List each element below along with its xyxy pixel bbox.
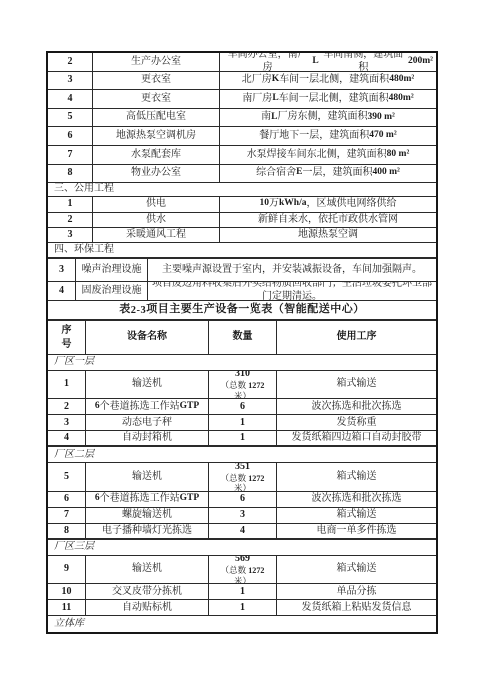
equipment-row: 8 电子播种墙灯光拣选 4 电商一单多件拣选 [48,524,436,540]
process-cell: 箱式输送 [277,371,436,399]
quantity-value: 351 [235,463,250,472]
quantity-cell: 6 [209,399,277,414]
column-header-number-label: 序号 [61,324,73,351]
row-number-cell: 4 [48,431,86,445]
group-header-row: 厂区二层 [48,447,436,463]
group-header-row: 厂区三层 [48,540,436,556]
process-cell: 波次拣选和批次拣选 [277,399,436,414]
section-title: 四、环保工程 [48,243,436,257]
quantity-cell: 3 [209,508,277,523]
group-header-row: 厂区一层 [48,355,436,371]
table-row: 1 供电 10 万 kWh/a，区域供电网络供给 [48,197,436,212]
row-number-cell: 7 [48,508,86,523]
table-row: 8 物业办公室 综合宿舍 E 一层，建筑面积 400 m² [48,165,436,184]
row-number-cell: 6 [48,127,93,145]
equipment-row: 4 自动封箱机 1 发货纸箱四边箱口自动封胶带 [48,431,436,447]
process-cell: 发货纸箱上粘贴发货信息 [277,600,436,615]
facility-name-cell: 生产办公室 [93,53,220,71]
device-name-cell: 6 个巷道拣选工作站 GTP [86,399,209,414]
row-number-cell: 5 [48,463,86,491]
column-header-process: 使用工序 [277,321,436,354]
facility-desc-cell: 南 L 厂房东侧，建筑面积 390 m² [220,109,436,127]
utility-name-cell: 供水 [93,213,220,227]
quantity-stack: 351 （总数 1272 米） [212,463,273,491]
column-header-device-name: 设备名称 [86,321,209,354]
section-title: 三、公用工程 [48,183,436,196]
device-name-cell: 输送机 [86,371,209,399]
row-number-cell: 5 [48,109,93,127]
equipment-row: 11 自动贴标机 1 发货纸箱上粘贴发货信息 [48,600,436,616]
table-row: 2 供水 新鲜自来水，依托市政供水管网 [48,213,436,228]
table-row: 3 采暖通风工程 地源热泵空调 [48,228,436,243]
process-cell: 箱式输送 [277,556,436,584]
group-label: 立体库 [48,616,436,632]
row-number-cell: 3 [48,72,93,90]
facility-desc-cell: 南厂房 L 车间一层北侧，建筑面积 480m² [220,90,436,108]
row-number-cell: 4 [48,90,93,108]
process-cell: 发货纸箱四边箱口自动封胶带 [277,431,436,445]
table-row: 6 地源热泵空调机房 餐厅地下一层，建筑面积 470 m² [48,127,436,146]
equipment-header-row: 序号 设备名称 数量 使用工序 [48,321,436,355]
env-desc-cell: 项目废边角料收集后外卖给物质回收部门；生活垃圾委托环卫部门定期清运。 [148,282,436,300]
group-label: 厂区二层 [48,447,436,462]
quantity-note: （总数 1272 米） [212,565,273,583]
process-cell: 发货称重 [277,415,436,430]
quantity-cell: 4 [209,524,277,538]
quantity-stack: 569 （总数 1272 米） [212,556,273,584]
section-header-row: 三、公用工程 [48,183,436,197]
env-desc-cell: 主要噪声源设置于室内，并安装减振设备，车间加强隔声。 [148,259,436,281]
facility-name-cell: 地源热泵空调机房 [93,127,220,145]
equipment-row: 2 6 个巷道拣选工作站 GTP 6 波次拣选和批次拣选 [48,399,436,415]
utility-name-cell: 采暖通风工程 [93,228,220,242]
device-name-cell: 输送机 [86,556,209,584]
table-row: 3 更衣室 北厂房 K 车间一层北侧，建筑面积 480m² [48,72,436,91]
section-header-row: 四、环保工程 [48,243,436,259]
equipment-row: 6 6 个巷道拣选工作站 GTP 6 波次拣选和批次拣选 [48,492,436,508]
row-number-cell: 1 [48,197,93,211]
row-number-cell: 2 [48,53,93,71]
utility-name-cell: 供电 [93,197,220,211]
equipment-row: 1 输送机 310 （总数 1272 米） 箱式输送 [48,371,436,400]
row-number-cell: 7 [48,146,93,164]
facility-desc-cell: 车间办公室，南厂房 L 车间南侧，建筑面积 200m² [220,53,436,71]
row-number-cell: 8 [48,165,93,183]
quantity-cell: 351 （总数 1272 米） [209,463,277,491]
table-row: 4 固废治理设施 项目废边角料收集后外卖给物质回收部门；生活垃圾委托环卫部门定期… [48,282,436,301]
quantity-cell: 310 （总数 1272 米） [209,371,277,399]
quantity-cell: 1 [209,415,277,430]
facility-name-cell: 物业办公室 [93,165,220,183]
table-title: 表 2-3 项目主要生产设备一览表（智能配送中心） [48,301,436,320]
env-facility-cell: 噪声治理设施 [76,259,148,281]
process-cell: 波次拣选和批次拣选 [277,492,436,507]
project-overview-table: 2 生产办公室 车间办公室，南厂房 L 车间南侧，建筑面积 200m² 3 更衣… [46,51,438,634]
device-name-cell: 自动贴标机 [86,600,209,615]
table-row: 5 高低压配电室 南 L 厂房东侧，建筑面积 390 m² [48,109,436,128]
quantity-cell: 1 [209,431,277,445]
equipment-row: 7 螺旋输送机 3 箱式输送 [48,508,436,524]
group-header-row: 立体库 [48,616,436,632]
row-number-cell: 2 [48,213,93,227]
group-label: 厂区一层 [48,355,436,370]
column-header-quantity: 数量 [209,321,277,354]
equipment-row: 10 交叉皮带分拣机 1 单品分拣 [48,584,436,600]
quantity-cell: 569 （总数 1272 米） [209,556,277,584]
device-name-cell: 交叉皮带分拣机 [86,584,209,599]
utility-desc-cell: 地源热泵空调 [220,228,436,242]
facility-desc-cell: 北厂房 K 车间一层北侧，建筑面积 480m² [220,72,436,90]
facility-desc-cell: 餐厅地下一层，建筑面积 470 m² [220,127,436,145]
utility-desc-cell: 10 万 kWh/a，区域供电网络供给 [220,197,436,211]
process-cell: 箱式输送 [277,463,436,491]
column-header-number: 序号 [48,321,86,354]
equipment-table-title-row: 表 2-3 项目主要生产设备一览表（智能配送中心） [48,301,436,322]
device-name-cell: 电子播种墙灯光拣选 [86,524,209,538]
device-name-cell: 6 个巷道拣选工作站 GTP [86,492,209,507]
group-label: 厂区三层 [48,540,436,555]
row-number-cell: 3 [48,415,86,430]
facility-desc-cell: 水泵焊接车间东北侧，建筑面积 80 m² [220,146,436,164]
quantity-note: （总数 1272 米） [212,473,273,491]
facility-name-cell: 更衣室 [93,90,220,108]
device-name-cell: 自动封箱机 [86,431,209,445]
equipment-row: 9 输送机 569 （总数 1272 米） 箱式输送 [48,556,436,585]
process-cell: 单品分拣 [277,584,436,599]
quantity-cell: 1 [209,584,277,599]
quantity-value: 310 [235,371,250,380]
row-number-cell: 8 [48,524,86,538]
row-number-cell: 3 [48,228,93,242]
row-number-cell: 1 [48,371,86,399]
utility-desc-cell: 新鲜自来水，依托市政供水管网 [220,213,436,227]
quantity-stack: 310 （总数 1272 米） [212,371,273,399]
document-page: 2 生产办公室 车间办公室，南厂房 L 车间南侧，建筑面积 200m² 3 更衣… [0,0,485,685]
table-row: 4 更衣室 南厂房 L 车间一层北侧，建筑面积 480m² [48,90,436,109]
process-cell: 箱式输送 [277,508,436,523]
quantity-cell: 1 [209,600,277,615]
row-number-cell: 2 [48,399,86,414]
table-row: 7 水泵配套库 水泵焊接车间东北侧，建筑面积 80 m² [48,146,436,165]
table-row: 3 噪声治理设施 主要噪声源设置于室内，并安装减振设备，车间加强隔声。 [48,259,436,282]
device-name-cell: 输送机 [86,463,209,491]
equipment-row: 3 动态电子秤 1 发货称重 [48,415,436,431]
device-name-cell: 螺旋输送机 [86,508,209,523]
row-number-cell: 11 [48,600,86,615]
facility-name-cell: 水泵配套库 [93,146,220,164]
env-facility-cell: 固废治理设施 [76,282,148,300]
row-number-cell: 9 [48,556,86,584]
device-name-cell: 动态电子秤 [86,415,209,430]
quantity-value: 569 [235,556,250,565]
table-row: 2 生产办公室 车间办公室，南厂房 L 车间南侧，建筑面积 200m² [48,53,436,72]
row-number-cell: 4 [48,282,76,300]
process-cell: 电商一单多件拣选 [277,524,436,538]
row-number-cell: 3 [48,259,76,281]
row-number-cell: 10 [48,584,86,599]
row-number-cell: 6 [48,492,86,507]
facility-name-cell: 更衣室 [93,72,220,90]
equipment-row: 5 输送机 351 （总数 1272 米） 箱式输送 [48,463,436,492]
facility-desc-cell: 综合宿舍 E 一层，建筑面积 400 m² [220,165,436,183]
quantity-note: （总数 1272 米） [212,380,273,398]
facility-name-cell: 高低压配电室 [93,109,220,127]
quantity-cell: 6 [209,492,277,507]
